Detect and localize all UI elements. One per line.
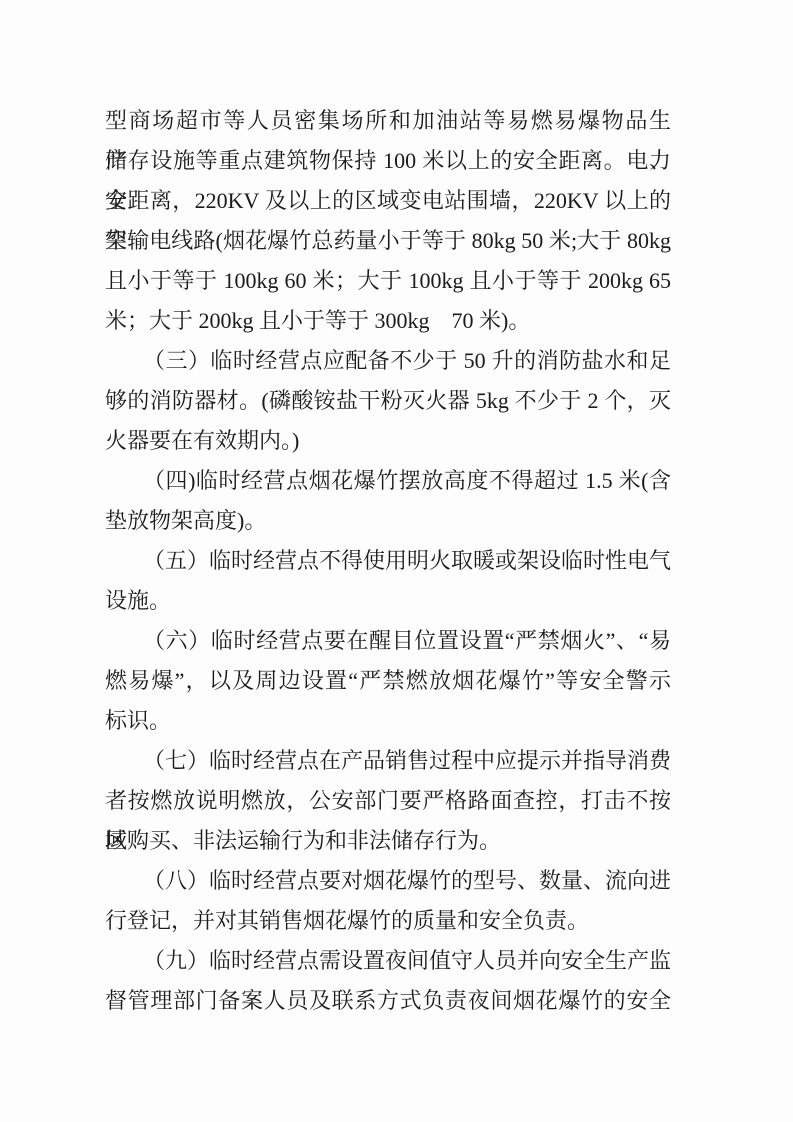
- document-text: 型商场超市等人员密集场所和加油站等易燃易爆物品生产、储存设施等重点建筑物保持 1…: [105, 101, 671, 1021]
- text-line: 标识。: [105, 701, 671, 741]
- text-line: 垫放物架高度)。: [105, 501, 671, 541]
- text-line: （八）临时经营点要对烟花爆竹的型号、数量、流向进: [105, 861, 671, 901]
- text-line: （六）临时经营点要在醒目位置设置“严禁烟火”、“易: [105, 621, 671, 661]
- text-line: 全距离，220KV 及以上的区域变电站围墙，220KV 以上的架: [105, 181, 671, 221]
- text-line: 燃易爆”，以及周边设置“严禁燃放烟花爆竹”等安全警示: [105, 661, 671, 701]
- text-line: （四)临时经营点烟花爆竹摆放高度不得超过 1.5 米(含: [105, 461, 671, 501]
- text-line: 米；大于 200kg 且小于等于 300kg 70 米)。: [105, 301, 671, 341]
- text-line: （三）临时经营点应配备不少于 50 升的消防盐水和足: [105, 341, 671, 381]
- text-line: 督管理部门备案人员及联系方式负责夜间烟花爆竹的安全: [105, 981, 671, 1021]
- text-line: 设施。: [105, 581, 671, 621]
- text-line: 火器要在有效期内。): [105, 421, 671, 461]
- text-line: 够的消防器材。(磷酸铵盐干粉灭火器 5kg 不少于 2 个，灭: [105, 381, 671, 421]
- text-line: （五）临时经营点不得使用明火取暖或架设临时性电气: [105, 541, 671, 581]
- text-line: 储存设施等重点建筑物保持 100 米以上的安全距离。电力安: [105, 141, 671, 181]
- text-line: 域购买、非法运输行为和非法储存行为。: [105, 821, 671, 861]
- text-line: 型商场超市等人员密集场所和加油站等易燃易爆物品生产、: [105, 101, 671, 141]
- text-line: 者按燃放说明燃放，公安部门要严格路面查控，打击不按区: [105, 781, 671, 821]
- document-page: 型商场超市等人员密集场所和加油站等易燃易爆物品生产、储存设施等重点建筑物保持 1…: [0, 0, 793, 1122]
- text-line: 且小于等于 100kg 60 米；大于 100kg 且小于等于 200kg 65: [105, 261, 671, 301]
- text-line: （九）临时经营点需设置夜间值守人员并向安全生产监: [105, 941, 671, 981]
- text-line: 空输电线路(烟花爆竹总药量小于等于 80kg 50 米;大于 80kg: [105, 221, 671, 261]
- text-line: 行登记，并对其销售烟花爆竹的质量和安全负责。: [105, 901, 671, 941]
- text-line: （七）临时经营点在产品销售过程中应提示并指导消费: [105, 741, 671, 781]
